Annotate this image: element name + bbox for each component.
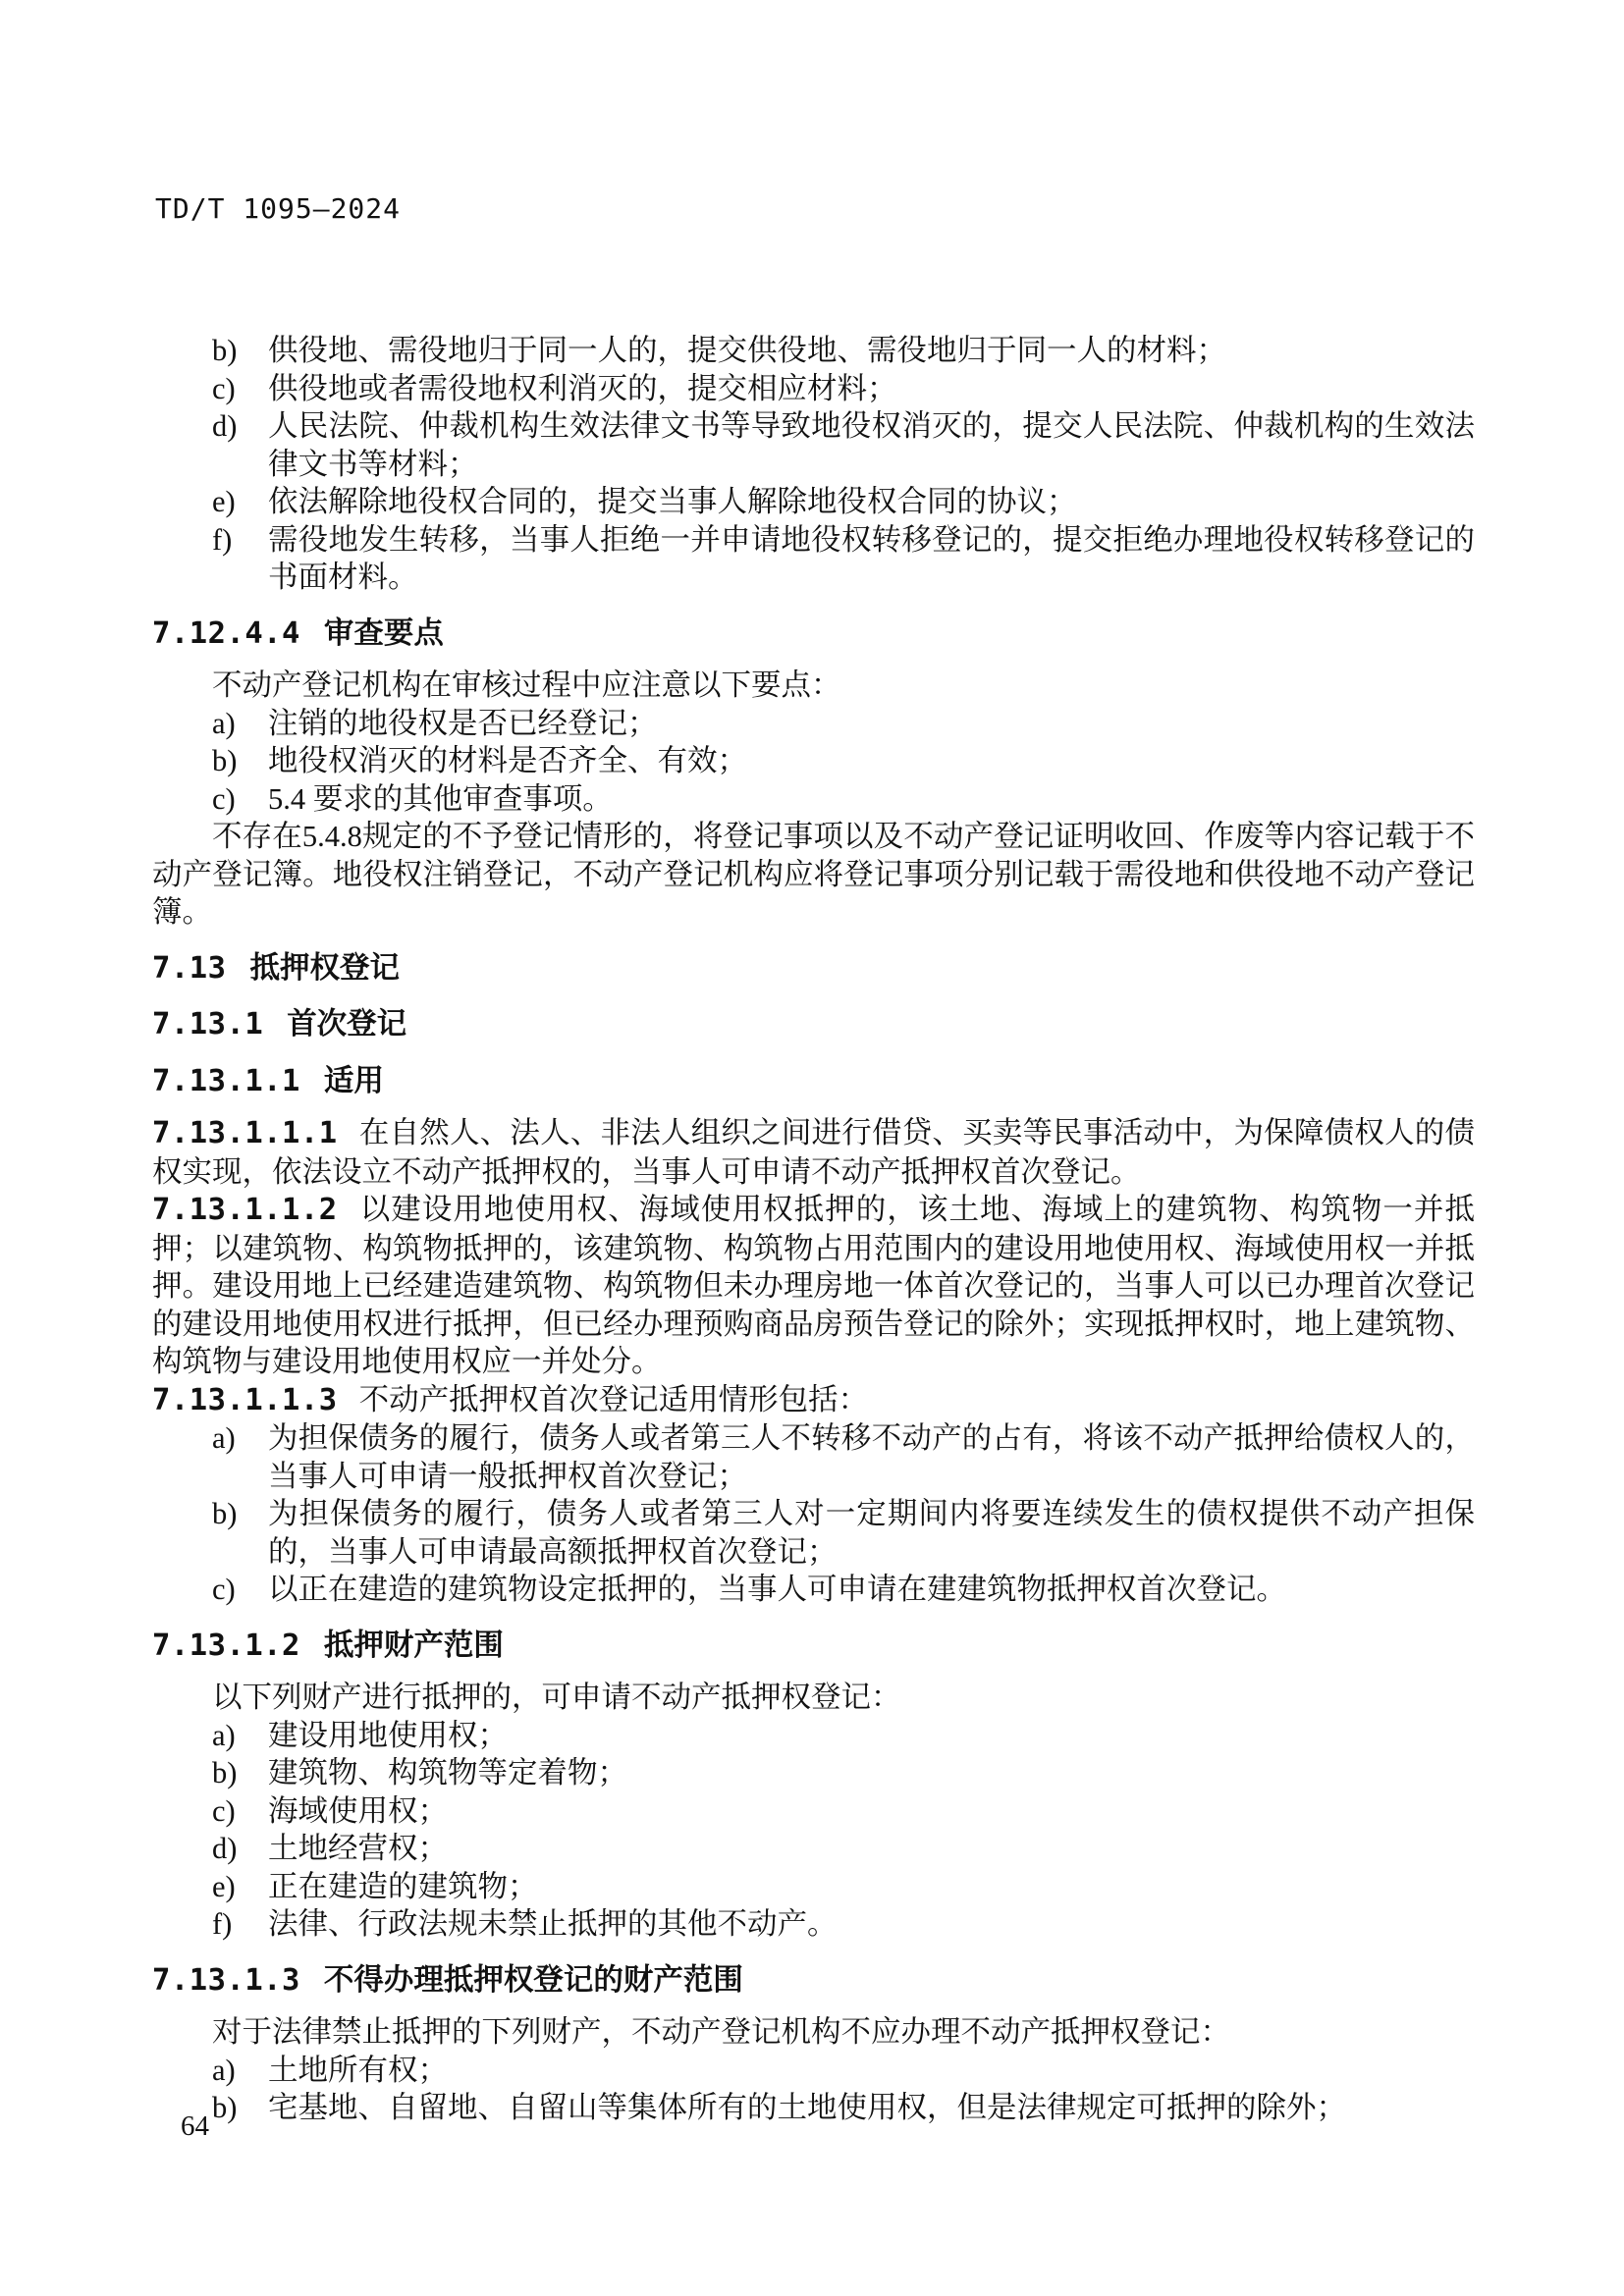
list-item: a) 土地所有权； — [152, 2052, 1475, 2090]
section-title: 不得办理抵押权登记的财产范围 — [324, 1963, 743, 1997]
list-item-text: 建筑物、构筑物等定着物； — [268, 1756, 627, 1789]
list-item-text: 为担保债务的履行，债务人或者第三人不转移不动产的占有，将该不动产抵押给债权人的，… — [268, 1421, 1475, 1493]
clause-paragraph: 7.13.1.1.2以建设用地使用权、海域使用权抵押的，该土地、海域上的建筑物、… — [152, 1191, 1475, 1381]
list-item-label: a) — [212, 705, 236, 743]
list-item-text: 供役地或者需役地权利消灭的，提交相应材料； — [268, 372, 897, 405]
list-item: b) 为担保债务的履行，债务人或者第三人对一定期间内将要连续发生的债权提供不动产… — [152, 1495, 1475, 1571]
list-item: e) 依法解除地役权合同的，提交当事人解除地役权合同的协议； — [152, 483, 1475, 521]
list-item-text: 建设用地使用权； — [268, 1719, 508, 1752]
list-item-text: 土地经营权； — [268, 1832, 448, 1865]
list-item-label: c) — [212, 370, 236, 408]
prohibited-scope-list: a) 土地所有权； b) 宅基地、自留地、自留山等集体所有的土地使用权，但是法律… — [152, 2052, 1475, 2127]
clause-number: 7.13.1.1.2 — [152, 1193, 338, 1227]
list-item-text: 土地所有权； — [268, 2054, 448, 2087]
section-title: 适用 — [324, 1064, 384, 1097]
section-number: 7.12.4.4 — [152, 616, 300, 651]
list-item-text: 法律、行政法规未禁止抵押的其他不动产。 — [268, 1907, 838, 1941]
section-number: 7.13.1.3 — [152, 1963, 300, 1998]
page-number: 64 — [181, 2110, 209, 2143]
clause-paragraph: 7.13.1.1.1在自然人、法人、非法人组织之间进行借贷、买卖等民事活动中，为… — [152, 1114, 1475, 1191]
section-title: 抵押权登记 — [249, 951, 400, 985]
review-closing-paragraph: 不存在5.4.8规定的不予登记情形的，将登记事项以及不动产登记证明收回、作废等内… — [152, 818, 1475, 932]
list-item-text: 海域使用权； — [268, 1794, 448, 1828]
list-item-text: 5.4 要求的其他审查事项。 — [268, 782, 613, 816]
list-item-text: 需役地发生转移，当事人拒绝一并申请地役权转移登记的，提交拒绝办理地役权转移登记的… — [268, 523, 1475, 595]
list-item-label: c) — [212, 1571, 236, 1609]
list-item: f) 法律、行政法规未禁止抵押的其他不动产。 — [152, 1905, 1475, 1944]
list-item: a) 注销的地役权是否已经登记； — [152, 705, 1475, 743]
section-heading-property-scope: 7.13.1.2抵押财产范围 — [152, 1627, 1475, 1666]
list-item-text: 地役权消灭的材料是否齐全、有效； — [268, 744, 747, 777]
list-item-label: b) — [212, 2089, 237, 2127]
section-title: 抵押财产范围 — [324, 1629, 504, 1662]
list-item-label: f) — [212, 1905, 232, 1944]
section-heading-review-points: 7.12.4.4审查要点 — [152, 614, 1475, 654]
list-item-label: e) — [212, 483, 236, 521]
list-item-label: d) — [212, 1830, 237, 1868]
list-item: a) 为担保债务的履行，债务人或者第三人不转移不动产的占有，将该不动产抵押给债权… — [152, 1419, 1475, 1495]
list-item: d) 人民法院、仲裁机构生效法律文书等导致地役权消灭的，提交人民法院、仲裁机构的… — [152, 407, 1475, 483]
document-page: TD/T 1095—2024 b) 供役地、需役地归于同一人的，提交供役地、需役… — [0, 0, 1624, 2296]
list-item: b) 建筑物、构筑物等定着物； — [152, 1754, 1475, 1792]
review-points-list: a) 注销的地役权是否已经登记； b) 地役权消灭的材料是否齐全、有效； c) … — [152, 705, 1475, 819]
list-item: c) 供役地或者需役地权利消灭的，提交相应材料； — [152, 370, 1475, 408]
list-item: e) 正在建造的建筑物； — [152, 1868, 1475, 1906]
section-number: 7.13.1 — [152, 1007, 263, 1041]
list-item: f) 需役地发生转移，当事人拒绝一并申请地役权转移登记的，提交拒绝办理地役权转移… — [152, 521, 1475, 597]
list-item: b) 供役地、需役地归于同一人的，提交供役地、需役地归于同一人的材料； — [152, 332, 1475, 370]
section-heading-mortgage: 7.13抵押权登记 — [152, 949, 1475, 988]
page-content: b) 供役地、需役地归于同一人的，提交供役地、需役地归于同一人的材料； c) 供… — [152, 332, 1475, 2127]
list-item: c) 以正在建造的建筑物设定抵押的，当事人可申请在建建筑物抵押权首次登记。 — [152, 1571, 1475, 1609]
mortgage-situations-list: a) 为担保债务的履行，债务人或者第三人不转移不动产的占有，将该不动产抵押给债权… — [152, 1419, 1475, 1609]
clause-text: 在自然人、法人、非法人组织之间进行借贷、买卖等民事活动中，为保障债权人的债权实现… — [152, 1116, 1475, 1189]
section-heading-prohibited-scope: 7.13.1.3不得办理抵押权登记的财产范围 — [152, 1961, 1475, 2001]
easement-materials-list: b) 供役地、需役地归于同一人的，提交供役地、需役地归于同一人的材料； c) 供… — [152, 332, 1475, 597]
list-item-text: 宅基地、自留地、自留山等集体所有的土地使用权，但是法律规定可抵押的除外； — [268, 2091, 1346, 2124]
list-item-label: b) — [212, 1495, 237, 1533]
list-item-label: b) — [212, 1754, 237, 1792]
prohibited-scope-intro: 对于法律禁止抵押的下列财产，不动产登记机构不应办理不动产抵押权登记： — [152, 2013, 1475, 2052]
list-item-text: 注销的地役权是否已经登记； — [268, 707, 658, 740]
list-item-label: f) — [212, 521, 232, 560]
clause-text: 以建设用地使用权、海域使用权抵押的，该土地、海域上的建筑物、构筑物一并抵押；以建… — [152, 1193, 1475, 1378]
list-item-label: b) — [212, 742, 237, 780]
list-item-text: 人民法院、仲裁机构生效法律文书等导致地役权消灭的，提交人民法院、仲裁机构的生效法… — [268, 409, 1475, 481]
list-item-label: a) — [212, 1419, 236, 1458]
list-item-label: c) — [212, 1792, 236, 1831]
list-item: b) 地役权消灭的材料是否齐全、有效； — [152, 742, 1475, 780]
section-number: 7.13 — [152, 951, 226, 986]
section-number: 7.13.1.2 — [152, 1629, 300, 1663]
section-heading-applicability: 7.13.1.1适用 — [152, 1062, 1475, 1101]
section-title: 审查要点 — [324, 616, 444, 650]
list-item: a) 建设用地使用权； — [152, 1717, 1475, 1755]
list-item-text: 为担保债务的履行，债务人或者第三人对一定期间内将要连续发生的债权提供不动产担保的… — [268, 1497, 1475, 1569]
property-scope-list: a) 建设用地使用权； b) 建筑物、构筑物等定着物； c) 海域使用权； d)… — [152, 1717, 1475, 1944]
property-scope-intro: 以下列财产进行抵押的，可申请不动产抵押权登记： — [152, 1679, 1475, 1717]
clause-text: 不动产抵押权首次登记适用情形包括： — [359, 1383, 869, 1416]
section-title: 首次登记 — [287, 1007, 406, 1041]
list-item: c) 5.4 要求的其他审查事项。 — [152, 780, 1475, 819]
section-number: 7.13.1.1 — [152, 1064, 300, 1098]
standard-number-header: TD/T 1095—2024 — [155, 192, 401, 225]
list-item: c) 海域使用权； — [152, 1792, 1475, 1831]
list-item-label: d) — [212, 407, 237, 446]
list-item: d) 土地经营权； — [152, 1830, 1475, 1868]
section-heading-first-registration: 7.13.1首次登记 — [152, 1005, 1475, 1044]
clause-number: 7.13.1.1.1 — [152, 1116, 338, 1150]
list-item: b) 宅基地、自留地、自留山等集体所有的土地使用权，但是法律规定可抵押的除外； — [152, 2089, 1475, 2127]
list-item-text: 正在建造的建筑物； — [268, 1870, 538, 1903]
list-item-label: c) — [212, 780, 236, 819]
list-item-label: a) — [212, 2052, 236, 2090]
clause-number: 7.13.1.1.3 — [152, 1383, 338, 1417]
list-item-text: 依法解除地役权合同的，提交当事人解除地役权合同的协议； — [268, 485, 1077, 518]
list-item-text: 以正在建造的建筑物设定抵押的，当事人可申请在建建筑物抵押权首次登记。 — [268, 1573, 1286, 1606]
review-intro-paragraph: 不动产登记机构在审核过程中应注意以下要点： — [152, 667, 1475, 705]
list-item-label: a) — [212, 1717, 236, 1755]
list-item-text: 供役地、需役地归于同一人的，提交供役地、需役地归于同一人的材料； — [268, 334, 1226, 367]
clause-paragraph: 7.13.1.1.3不动产抵押权首次登记适用情形包括： — [152, 1381, 1475, 1420]
list-item-label: b) — [212, 332, 237, 370]
list-item-label: e) — [212, 1868, 236, 1906]
